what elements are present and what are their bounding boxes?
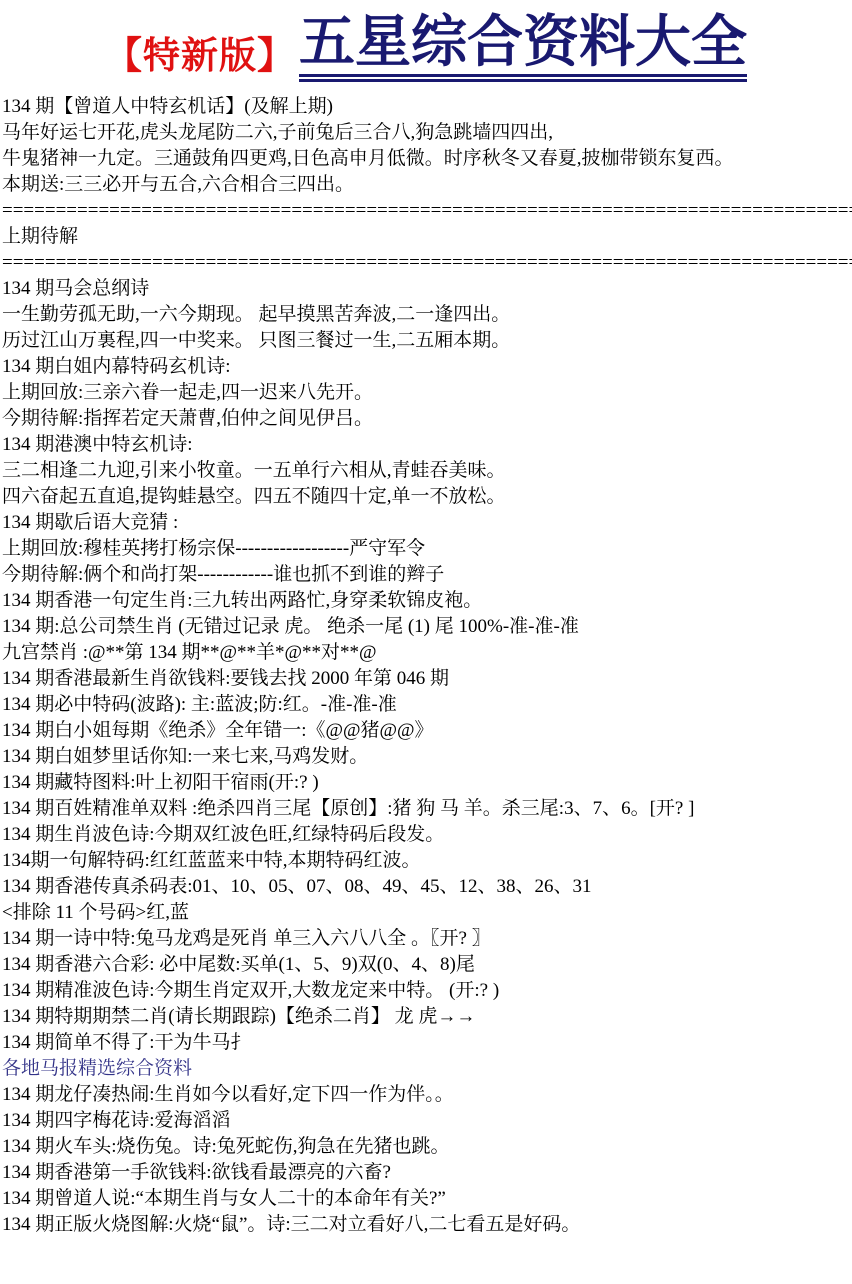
text-line: <排除 11 个号码>红,蓝 [2, 900, 852, 926]
text-line: 134 期白小姐每期《绝杀》全年错一:《@@猪@@》 [2, 718, 852, 744]
text-line: 上期待解 [2, 224, 852, 250]
page-title: 五星综合资料大全 [299, 14, 747, 82]
text-line: 134 期歇后语大竞猜 : [2, 510, 852, 536]
text-line: 牛鬼猪神一九定。三通鼓角四更鸡,日色高申月低微。时序秋冬又春夏,披枷带锁东复西。 [2, 146, 852, 172]
separator-line: ========================================… [2, 198, 852, 224]
text-line: 134期一句解特码:红红蓝蓝来中特,本期特码红波。 [2, 848, 852, 874]
text-line: 134 期:总公司禁生肖 (无错过记录 虎。 绝杀一尾 (1) 尾 100%-准… [2, 614, 852, 640]
text-line: 134 期四字梅花诗:爱海滔滔 [2, 1108, 852, 1134]
text-line: 134 期正版火烧图解:火烧“鼠”。诗:三二对立看好八,二七看五是好码。 [2, 1212, 852, 1238]
text-line: 134 期火车头:烧伤兔。诗:兔死蛇伤,狗急在先猪也跳。 [2, 1134, 852, 1160]
page-header: 【特新版】 五星综合资料大全 [0, 0, 852, 90]
text-line: 134 期香港一句定生肖:三九转出两路忙,身穿柔软锦皮袍。 [2, 588, 852, 614]
text-line: 134 期白姐内幕特码玄机诗: [2, 354, 852, 380]
text-line: 三二相逢二九迎,引来小牧童。一五单行六相从,青蛙吞美味。 [2, 458, 852, 484]
text-line: 134 期百姓精准单双料 :绝杀四肖三尾【原创】:猪 狗 马 羊。杀三尾:3、7… [2, 796, 852, 822]
text-line: 134 期简单不得了:干为牛马扌 [2, 1030, 852, 1056]
text-line: 134 期精准波色诗:今期生肖定双开,大数龙定来中特。 (开:? ) [2, 978, 852, 1004]
text-line: 今期待解:指挥若定天萧曹,伯仲之间见伊吕。 [2, 406, 852, 432]
text-line: 134 期港澳中特玄机诗: [2, 432, 852, 458]
text-line: 134 期【曾道人中特玄机话】(及解上期) [2, 94, 852, 120]
text-line: 本期送:三三必开与五合,六合相合三四出。 [2, 172, 852, 198]
text-line: 134 期特期期禁二肖(请长期跟踪)【绝杀二肖】 龙 虎→→ [2, 1004, 852, 1030]
text-line: 134 期生肖波色诗:今期双红波色旺,红绿特码后段发。 [2, 822, 852, 848]
text-line: 134 期龙仔凑热闹:生肖如今以看好,定下四一作为伴。。 [2, 1082, 852, 1108]
text-line: 上期回放:穆桂英拷打杨宗保------------------严守军令 [2, 536, 852, 562]
lottery-info-sheet: 【特新版】 五星综合资料大全 134 期【曾道人中特玄机话】(及解上期)马年好运… [0, 0, 852, 1284]
text-line: 历过江山万裏程,四一中奖来。 只图三餐过一生,二五厢本期。 [2, 328, 852, 354]
content-lines: 134 期【曾道人中特玄机话】(及解上期)马年好运七开花,虎头龙尾防二六,子前兔… [0, 90, 852, 1238]
text-line: 134 期马会总纲诗 [2, 276, 852, 302]
text-line: 134 期香港传真杀码表:01、10、05、07、08、49、45、12、38、… [2, 874, 852, 900]
text-line: 今期待解:俩个和尚打架------------谁也抓不到谁的辫子 [2, 562, 852, 588]
text-line: 马年好运七开花,虎头龙尾防二六,子前兔后三合八,狗急跳墙四四出, [2, 120, 852, 146]
separator-line: ========================================… [2, 250, 852, 276]
text-line: 九宫禁肖 :@**第 134 期**@**羊*@**对**@ [2, 640, 852, 666]
text-line: 一生勤劳孤无助,一六今期现。 起早摸黑苦奔波,二一逢四出。 [2, 302, 852, 328]
text-line: 134 期香港六合彩: 必中尾数:买单(1、5、9)双(0、4、8)尾 [2, 952, 852, 978]
text-line: 上期回放:三亲六眷一起走,四一迟来八先开。 [2, 380, 852, 406]
text-line: 134 期曾道人说:“本期生肖与女人二十的本命年有关?” [2, 1186, 852, 1212]
text-line: 四六奋起五直追,提钩蛙悬空。四五不随四十定,单一不放松。 [2, 484, 852, 510]
text-line: 134 期藏特图料:叶上初阳干宿雨(开:? ) [2, 770, 852, 796]
edition-badge: 【特新版】 [105, 25, 295, 79]
text-line: 134 期一诗中特:兔马龙鸡是死肖 单三入六八八全 。〖开? 〗 [2, 926, 852, 952]
text-line: 各地马报精选综合资料 [2, 1056, 852, 1082]
text-line: 134 期必中特码(波路): 主:蓝波;防:红。-准-准-准 [2, 692, 852, 718]
text-line: 134 期白姐梦里话你知:一来七来,马鸡发财。 [2, 744, 852, 770]
text-line: 134 期香港第一手欲钱料:欲钱看最漂亮的六畜? [2, 1160, 852, 1186]
text-line: 134 期香港最新生肖欲钱料:要钱去找 2000 年第 046 期 [2, 666, 852, 692]
